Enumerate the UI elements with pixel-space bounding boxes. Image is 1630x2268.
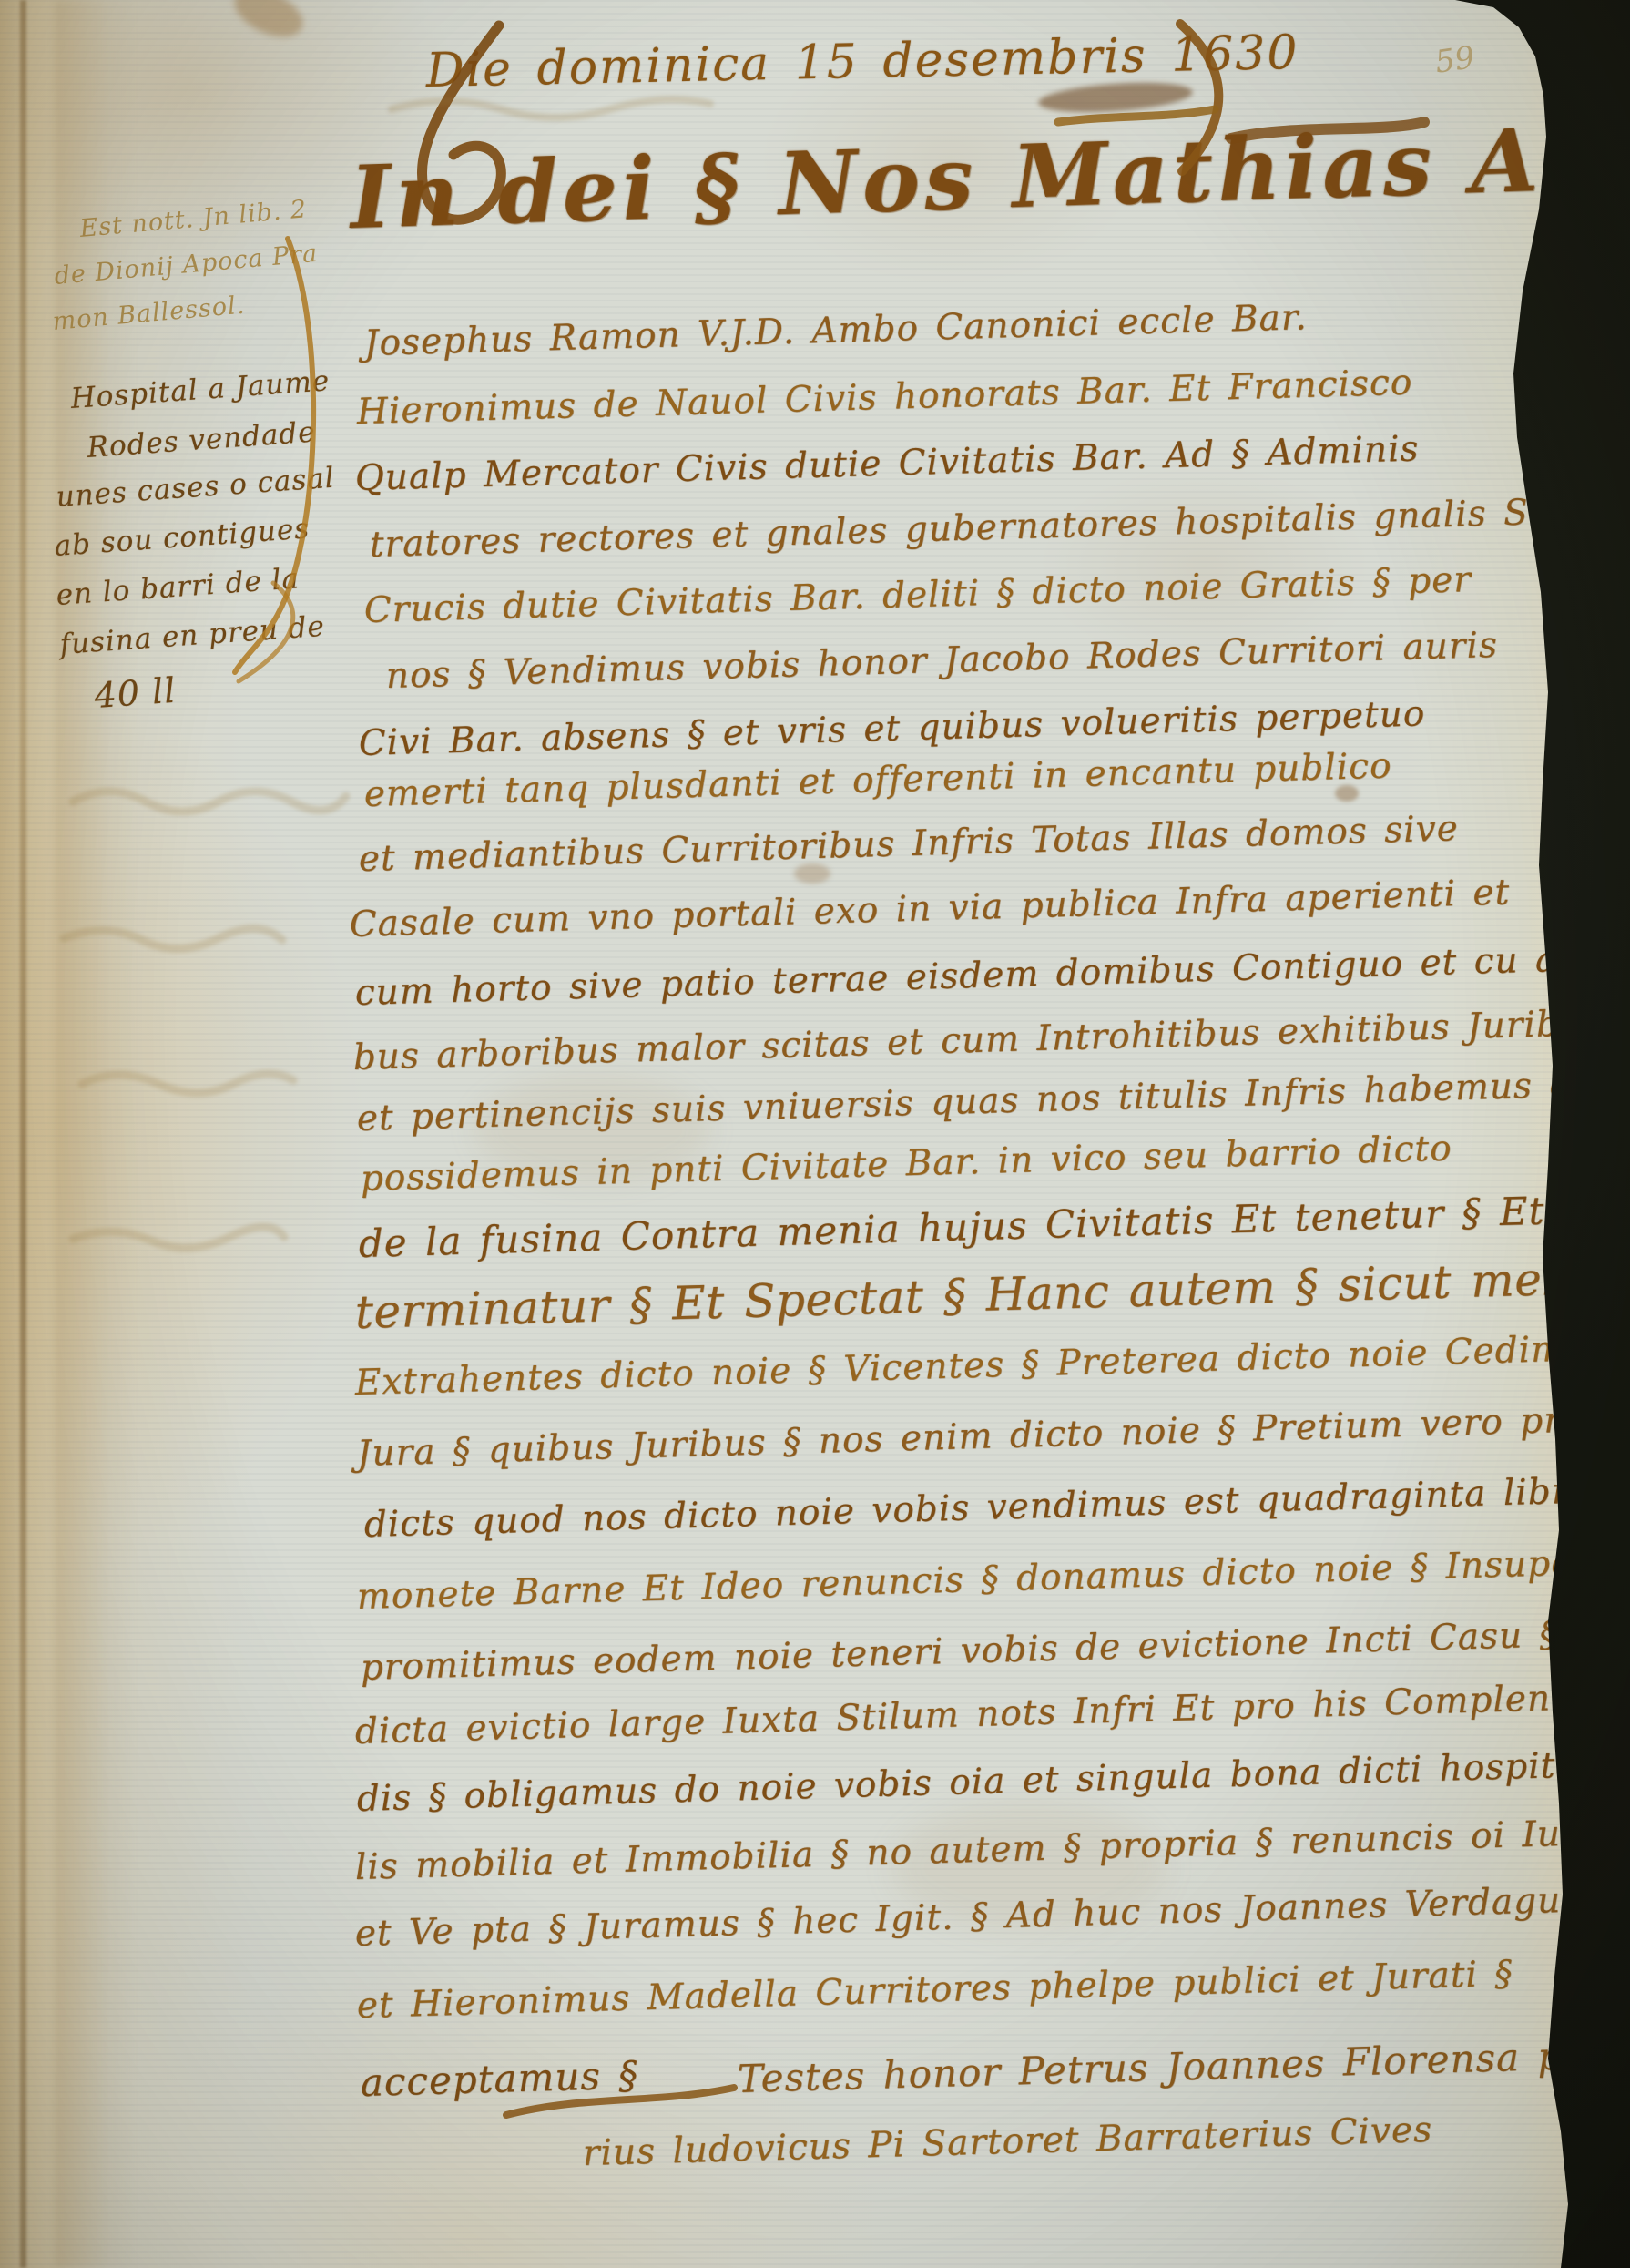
manuscript-line: bus arboribus malor scitas et cum Introh… — [352, 1003, 1603, 1078]
manuscript-line: et Hieronimus Madella Curritores phelpe … — [356, 1954, 1513, 2027]
manuscript-line: nos § Vendimus vobis honor Jacobo Rodes … — [385, 625, 1498, 697]
manuscript-line: dis § obligamus do noie vobis oia et sin… — [356, 1745, 1578, 1820]
manuscript-line: Hieronimus de Nauol Civis honorats Bar. … — [356, 363, 1413, 433]
manuscript-line: Jura § quibus Juribus § nos enim dicto n… — [356, 1399, 1584, 1475]
binding-crease — [20, 0, 26, 2268]
manuscript-page: 59 Die dominica 15 desembris 1630 Est no… — [0, 0, 1584, 2268]
manuscript-line: tratores rectores et gnales gubernatores… — [369, 491, 1566, 566]
manuscript-line: Qualp Mercator Civis dutie Civitatis Bar… — [354, 428, 1420, 499]
gutter-shadow — [55, 0, 137, 2268]
manuscript-line: terminatur § Et Spectat § Hanc autem § s… — [354, 1250, 1630, 1339]
manuscript-line: et pertinencijs suis vniuersis quas nos … — [356, 1064, 1586, 1139]
opening-invocation: In dei § Nos Mathias Amell — [349, 103, 1630, 249]
manuscript-line: Testes honor Petrus Joannes Florensa pel… — [737, 2031, 1630, 2101]
manuscript-line: de la fusina Contra menia hujus Civitati… — [358, 1189, 1545, 1266]
manuscript-line: et mediantibus Curritoribus Infris Totas… — [358, 808, 1459, 880]
manuscript-line: cum horto sive patio terrae eisdem domib… — [354, 937, 1630, 1014]
manuscript-line: dicta evictio large Iuxta Stilum nots In… — [354, 1678, 1551, 1752]
folio-number: 59 — [1432, 39, 1476, 81]
margin-bracket-flourish — [235, 239, 313, 672]
show-through-squiggle — [392, 99, 710, 117]
manuscript-line: promitimus eodem noie teneri vobis de ev… — [360, 1612, 1630, 1689]
manuscript-line: Casale cum vno portali exo in via public… — [349, 872, 1511, 945]
manuscript-photo: 59 Die dominica 15 desembris 1630 Est no… — [0, 0, 1630, 2268]
edge-stain — [227, 0, 310, 46]
manuscript-line: Extrahentes dicto noie § Vicentes § Pret… — [354, 1328, 1609, 1404]
date-heading: Die dominica 15 desembris 1630 — [425, 26, 1299, 98]
manuscript-line: rius ludovicus Pi Sartoret Barraterius C… — [582, 2110, 1432, 2174]
manuscript-line: et Ve pta § Juramus § hec Igit. § Ad huc… — [354, 1879, 1601, 1955]
manuscript-line: lis mobilia et Immobilia § no autem § pr… — [354, 1813, 1610, 1888]
manuscript-line: Crucis dutie Civitatis Bar. deliti § dic… — [363, 559, 1472, 631]
manuscript-line: Josephus Ramon V.J.D. Ambo Canonici eccl… — [363, 297, 1308, 364]
manuscript-line: acceptamus § — [360, 2052, 639, 2105]
manuscript-line: possidemus in pnti Civitate Bar. in vico… — [360, 1129, 1452, 1200]
manuscript-line: dicts quod nos dicto noie vobis vendimus… — [363, 1470, 1614, 1546]
date-underline-flourish — [1058, 109, 1215, 122]
manuscript-line: monete Barne Et Ideo renuncis § donamus … — [356, 1542, 1591, 1618]
margin-note-line: 40 ll — [93, 670, 178, 716]
